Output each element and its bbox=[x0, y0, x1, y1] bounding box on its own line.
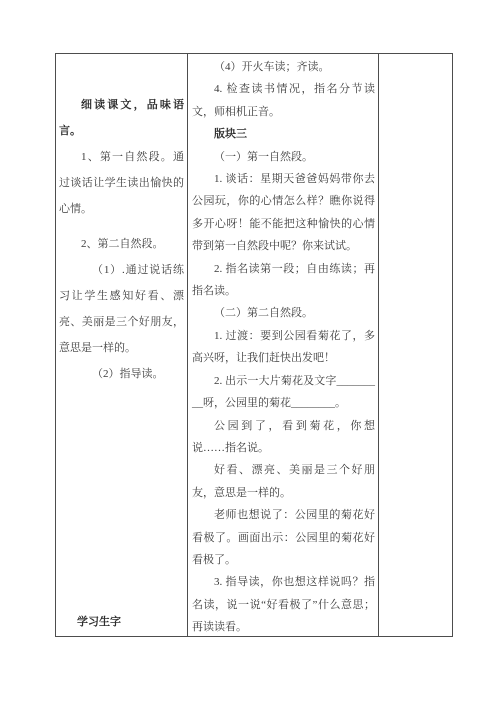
middle-col-paragraph: （4）开火车读；齐读。 bbox=[192, 56, 375, 78]
middle-col-paragraph: （一）第一自然段。 bbox=[192, 146, 375, 168]
middle-col-paragraph: （二）第二自然段。 bbox=[192, 302, 375, 324]
left-col-paragraph: （1）.通过说话练习让学生感知好看、漂亮、美丽是三个好朋友，意思是一样的。 bbox=[59, 257, 184, 361]
left-col-footer: 学习生字 bbox=[77, 615, 121, 629]
left-col-paragraph: 1、第一自然段。通过谈话让学生读出愉快的心情。 bbox=[59, 144, 184, 222]
lesson-plan-table: 细读课文，品味语言。 1、第一自然段。通过谈话让学生读出愉快的心情。 2、第二自… bbox=[55, 53, 453, 637]
middle-col-paragraph: 4. 检查读书情况，指名分节读文，师相机正音。 bbox=[192, 78, 375, 123]
left-col-heading: 细读课文，品味语言。 bbox=[59, 92, 184, 144]
middle-col-paragraph: 老师也想说了：公园里的菊花好看极了。画面出示：公园里的菊花好看极了。 bbox=[192, 504, 375, 571]
middle-col-paragraph: 2. 指名读第一段；自由练读；再指名读。 bbox=[192, 258, 375, 303]
left-column: 细读课文，品味语言。 1、第一自然段。通过谈话让学生读出愉快的心情。 2、第二自… bbox=[56, 54, 188, 636]
middle-col-heading: 版块三 bbox=[192, 123, 375, 145]
left-col-paragraph: 2、第二自然段。 bbox=[59, 231, 184, 257]
middle-col-paragraph: 1. 谈话：星期天爸爸妈妈带你去公园玩，你的心情怎么样？瞧你说得多开心呀！能不能… bbox=[192, 168, 375, 258]
document-page: 细读课文，品味语言。 1、第一自然段。通过谈话让学生读出愉快的心情。 2、第二自… bbox=[0, 0, 500, 706]
right-column-empty bbox=[379, 54, 452, 636]
middle-col-paragraph: 1. 过渡：要到公园看菊花了，多高兴呀，让我们赶快出发吧！ bbox=[192, 325, 375, 370]
middle-col-paragraph: 2. 出示一大片菊花及文字_________呀，公园里的菊花________。 bbox=[192, 370, 375, 415]
left-col-paragraph: （2）指导读。 bbox=[59, 361, 184, 387]
middle-col-paragraph: 公园到了，看到菊花，你想说……指名说。 bbox=[192, 415, 375, 460]
middle-col-paragraph: 3. 指导读，你也想这样说吗？指名读，说一说“好看极了”什么意思；再读读看。 bbox=[192, 571, 375, 636]
middle-column: （4）开火车读；齐读。 4. 检查读书情况，指名分节读文，师相机正音。 版块三 … bbox=[188, 54, 379, 636]
middle-col-paragraph: 好看、漂亮、美丽是三个好朋友，意思是一样的。 bbox=[192, 459, 375, 504]
